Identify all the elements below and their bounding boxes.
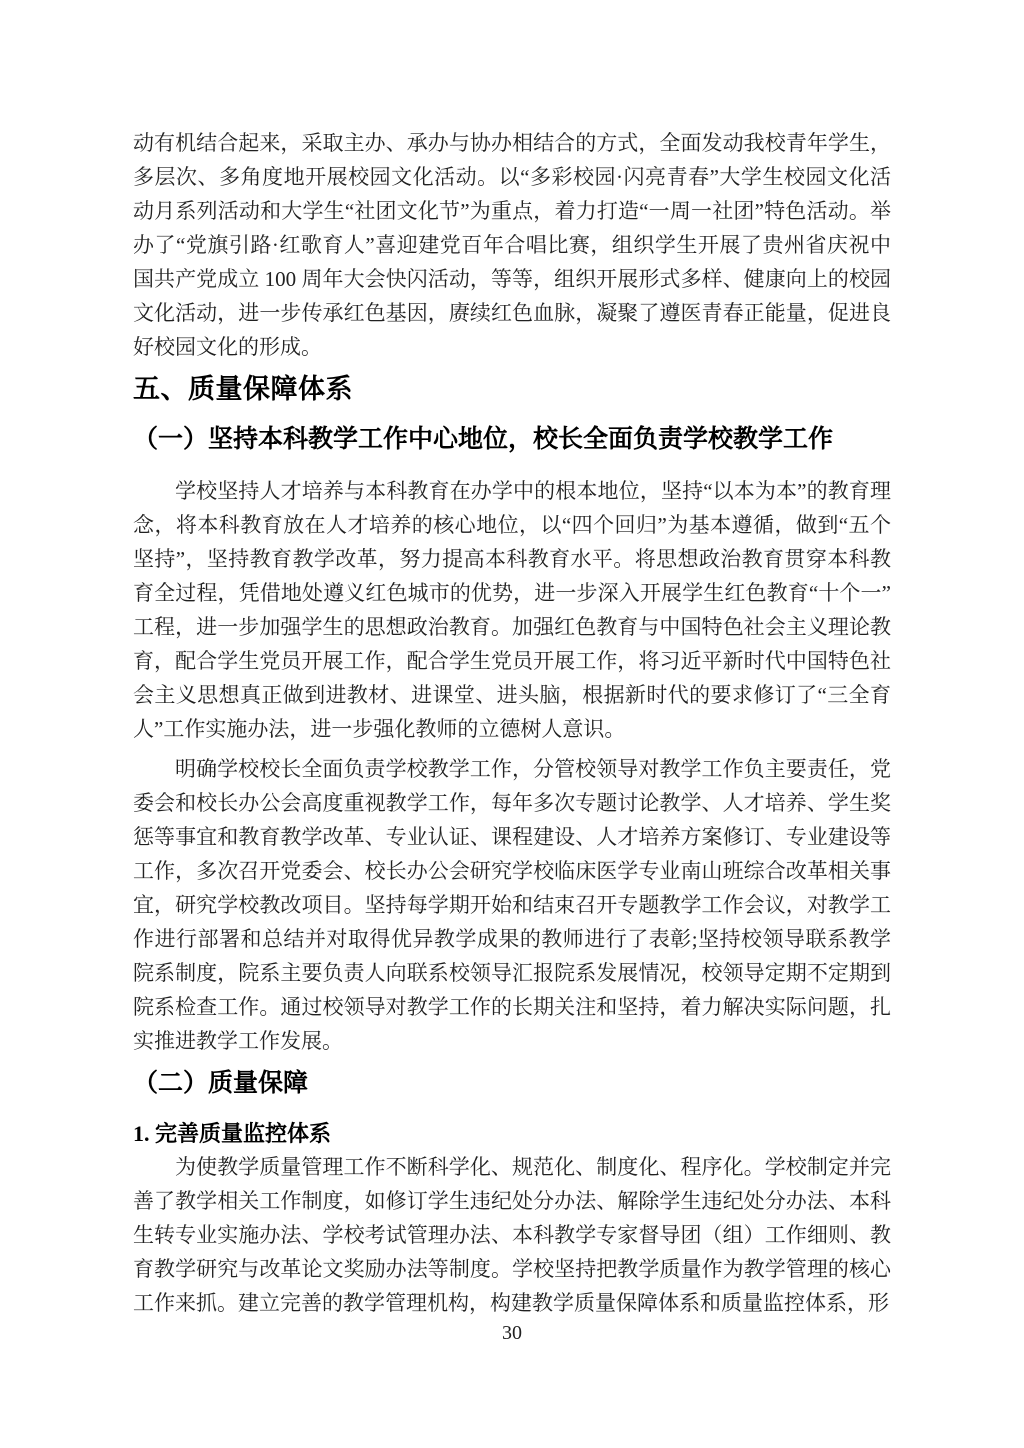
section-2-item-1-paragraph: 为使教学质量管理工作不断科学化、规范化、制度化、程序化。学校制定并完善了教学相关… (133, 1150, 891, 1320)
chapter-heading-quality-assurance: 五、质量保障体系 (133, 370, 891, 408)
section-1-heading: （一）坚持本科教学工作中心地位，校长全面负责学校教学工作 (133, 420, 891, 460)
document-page: 动有机结合起来，采取主办、承办与协办相结合的方式，全面发动我校青年学生，多层次、… (0, 0, 1024, 1448)
page-number: 30 (0, 1321, 1024, 1345)
paragraph-campus-culture-continuation: 动有机结合起来，采取主办、承办与协办相结合的方式，全面发动我校青年学生，多层次、… (133, 126, 891, 364)
section-2-heading: （二）质量保障 (133, 1064, 891, 1104)
section-2-item-1-heading: 1. 完善质量监控体系 (133, 1118, 891, 1150)
section-1-paragraph-2: 明确学校校长全面负责学校教学工作，分管校领导对教学工作负主要责任，党委会和校长办… (133, 752, 891, 1058)
section-1-paragraph-1: 学校坚持人才培养与本科教育在办学中的根本地位，坚持“以本为本”的教育理念，将本科… (133, 474, 891, 746)
page-body: 动有机结合起来，采取主办、承办与协办相结合的方式，全面发动我校青年学生，多层次、… (133, 126, 891, 1320)
